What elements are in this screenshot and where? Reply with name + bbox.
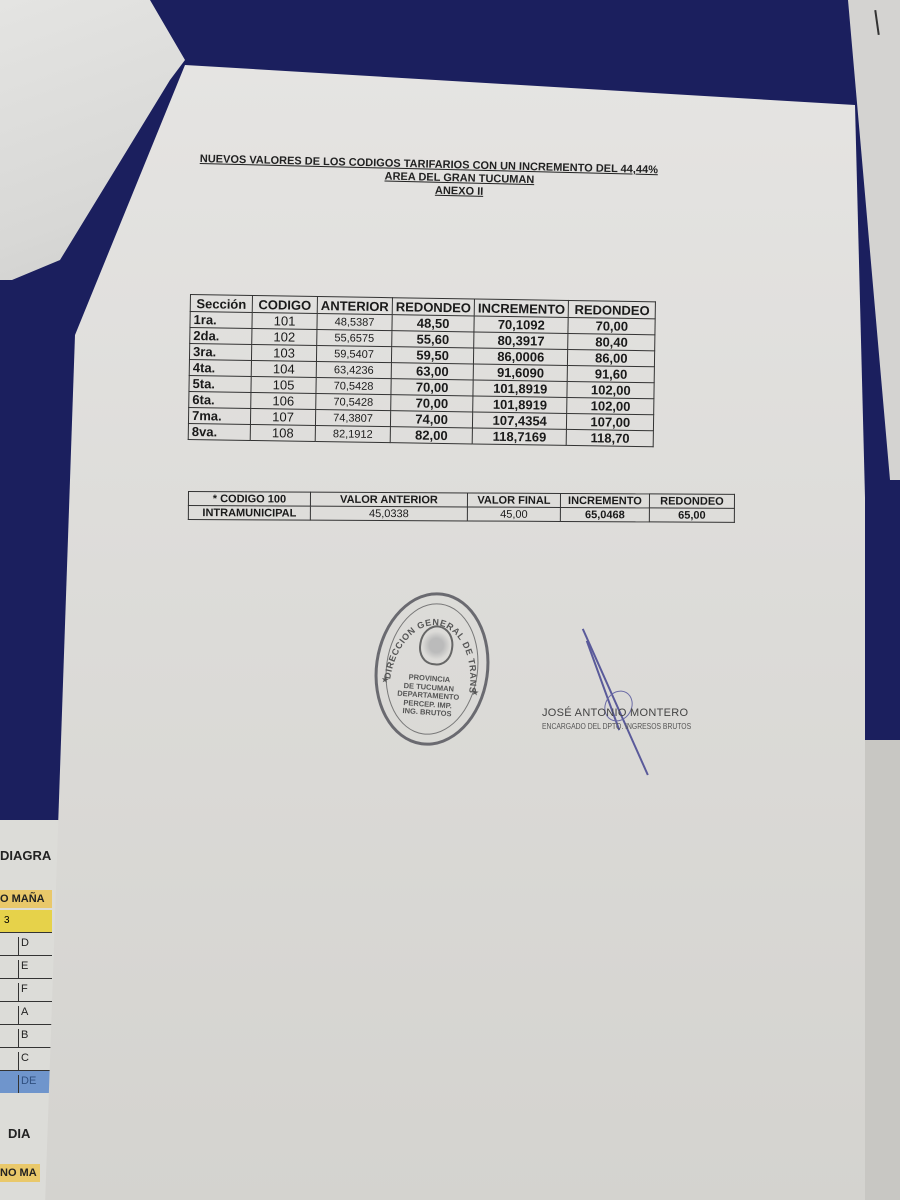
- tariff-table: Sección CODIGO ANTERIOR REDONDEO INCREME…: [188, 294, 657, 447]
- signer-title: ENCARGADO DEL DPTO. INGRESOS BRUTOS: [542, 722, 691, 731]
- schedule-row: A: [0, 1001, 52, 1024]
- header-valor-anterior: VALOR ANTERIOR: [310, 492, 467, 507]
- schedule-heading: DIAGRA: [0, 848, 51, 863]
- schedule-heading-2: DIA: [8, 1126, 30, 1141]
- cell-incremento: 86,0006: [474, 348, 568, 365]
- schedule-header: O MAÑA: [0, 890, 52, 908]
- schedule-row: D: [0, 932, 52, 955]
- cell-redondeo: 70,00: [391, 395, 473, 412]
- cell-anterior: 59,5407: [316, 345, 391, 362]
- cell-redondeo: 65,00: [649, 508, 734, 522]
- cell-valor-final: 45,00: [467, 507, 560, 521]
- schedule-row: F: [0, 978, 52, 1001]
- cell-incremento: 101,8919: [473, 396, 567, 413]
- cell-redondeo-final: 91,60: [567, 365, 654, 382]
- cell-incremento: 118,7169: [472, 428, 566, 445]
- header-seccion: Sección: [190, 295, 252, 313]
- cell-redondeo: 82,00: [390, 427, 472, 444]
- cell-anterior: 48,5387: [317, 314, 392, 331]
- cell-anterior: 55,6575: [317, 329, 392, 346]
- cell-redondeo: 74,00: [390, 411, 472, 428]
- schedule-yellow-cell: 3: [0, 910, 52, 932]
- cell-incremento: 65,0468: [560, 507, 649, 521]
- cell-valor-anterior: 45,0338: [310, 506, 467, 521]
- cell-redondeo-final: 107,00: [567, 413, 654, 430]
- header-anterior: ANTERIOR: [317, 297, 392, 315]
- cell-redondeo: 70,00: [391, 379, 473, 396]
- cell-codigo: 103: [251, 344, 316, 361]
- cell-redondeo-final: 118,70: [566, 429, 653, 446]
- header-redondeo-2: REDONDEO: [568, 300, 655, 318]
- cell-codigo: 101: [252, 312, 317, 329]
- header-valor-final: VALOR FINAL: [467, 493, 560, 507]
- cell-redondeo-final: 102,00: [567, 381, 654, 398]
- header-redondeo: REDONDEO: [649, 494, 734, 508]
- header-redondeo: REDONDEO: [392, 298, 474, 316]
- cell-codigo: 107: [250, 408, 315, 425]
- cell-incremento: 107,4354: [473, 412, 567, 429]
- cell-redondeo: 63,00: [391, 363, 473, 380]
- cell-category: INTRAMUNICIPAL: [188, 506, 310, 521]
- cell-seccion: 1ra.: [190, 312, 252, 329]
- cell-anterior: 82,1912: [315, 425, 390, 442]
- header-incremento: INCREMENTO: [560, 493, 649, 507]
- schedule-rows: D E F A B C DE: [0, 932, 52, 1093]
- schedule-row: B: [0, 1024, 52, 1047]
- cell-redondeo-final: 102,00: [567, 397, 654, 414]
- codigo-100-table: * CODIGO 100 VALOR ANTERIOR VALOR FINAL …: [188, 491, 735, 523]
- schedule-row: C: [0, 1047, 52, 1070]
- header-codigo: CODIGO: [252, 295, 317, 313]
- cell-anterior: 70,5428: [316, 377, 391, 394]
- cell-seccion: 4ta.: [189, 359, 251, 376]
- schedule-header-2: NO MA: [0, 1164, 40, 1182]
- cell-incremento: 101,8919: [473, 380, 567, 397]
- cell-incremento: 91,6090: [473, 364, 567, 381]
- cell-redondeo-final: 80,40: [568, 333, 655, 350]
- schedule-row: E: [0, 955, 52, 978]
- cell-seccion: 2da.: [190, 328, 252, 345]
- cell-incremento: 80,3917: [474, 332, 568, 349]
- cell-anterior: 63,4236: [316, 361, 391, 378]
- cell-codigo: 105: [251, 376, 316, 393]
- cell-redondeo: 48,50: [392, 315, 474, 332]
- cell-codigo: 102: [252, 328, 317, 345]
- cell-seccion: 6ta.: [189, 391, 251, 408]
- cell-seccion: 5ta.: [189, 375, 251, 392]
- cell-anterior: 70,5428: [316, 393, 391, 410]
- cell-redondeo: 59,50: [391, 347, 473, 364]
- cell-anterior: 74,3807: [315, 409, 390, 426]
- cell-seccion: 8va.: [188, 423, 250, 440]
- schedule-row-highlighted: DE: [0, 1070, 52, 1093]
- cell-codigo: 108: [250, 424, 315, 441]
- cell-seccion: 3ra.: [189, 344, 251, 361]
- signer-name: JOSÉ ANTONIO MONTERO: [542, 707, 688, 719]
- codigo-100-row: INTRAMUNICIPAL 45,0338 45,00 65,0468 65,…: [188, 506, 734, 523]
- cell-incremento: 70,1092: [474, 316, 568, 333]
- cell-codigo: 104: [251, 360, 316, 377]
- header-codigo-100: * CODIGO 100: [188, 492, 310, 507]
- cell-redondeo-final: 70,00: [568, 317, 655, 334]
- stamp-inner-text: PROVINCIA DE TUCUMAN DEPARTAMENTO PERCEP…: [383, 672, 474, 721]
- cell-codigo: 106: [251, 392, 316, 409]
- cell-redondeo: 55,60: [392, 331, 474, 348]
- cell-redondeo-final: 86,00: [568, 349, 655, 366]
- cell-seccion: 7ma.: [188, 407, 250, 424]
- header-incremento: INCREMENTO: [474, 299, 568, 317]
- stamp-ring-text: DIRECCION GENERAL DE TRANSPORTE: [368, 588, 496, 750]
